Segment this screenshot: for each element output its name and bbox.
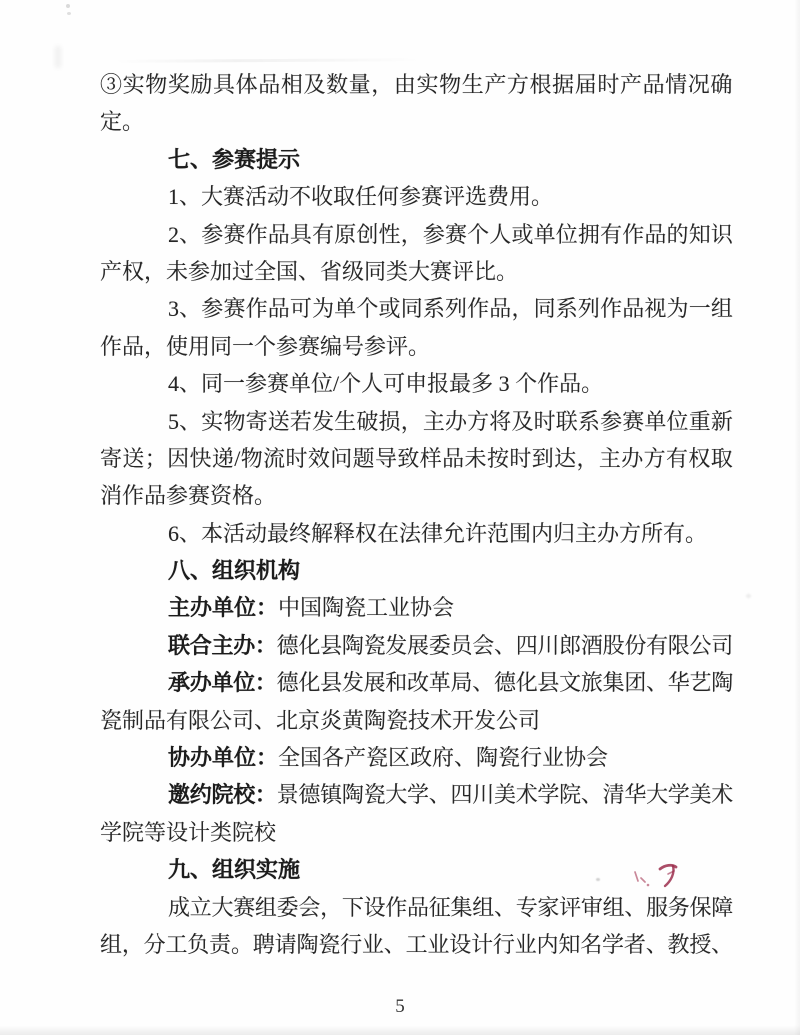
line-content: 6、本活动最终解释权在法律允许范围内归主办方所有。 [168, 515, 707, 552]
organizer-label: 主办单位： [168, 595, 278, 620]
line-content: 5、实物寄送若发生破损，主办方将及时联系参赛单位重新 [168, 403, 733, 440]
line-content: 产权，未参加过全国、省级同类大赛评比。 [100, 253, 518, 290]
text-line: 2、参赛作品具有原创性，参赛个人或单位拥有作品的知识 [100, 216, 733, 253]
line-content: 协办单位：全国各产瓷区政府、陶瓷行业协会 [168, 739, 608, 776]
line-content: 4、同一参赛单位/个人可申报最多 3 个作品。 [168, 365, 603, 402]
line-content: 七、参赛提示 [168, 141, 300, 178]
text-line: 5、实物寄送若发生破损，主办方将及时联系参赛单位重新 [100, 403, 733, 440]
scan-smudge [55, 46, 61, 68]
text-line: 瓷制品有限公司、北京炎黄陶瓷技术开发公司 [100, 702, 733, 739]
organizer-label: 协办单位： [168, 745, 278, 770]
line-content: 邀约院校：景德镇陶瓷大学、四川美术学院、清华大学美术 [168, 776, 733, 813]
line-content: 九、组织实施 [168, 851, 300, 888]
text-line: 学院等设计类院校 [100, 814, 733, 851]
text-line: 6、本活动最终解释权在法律允许范围内归主办方所有。 [100, 515, 733, 552]
text-line: 消作品参赛资格。 [100, 477, 733, 514]
text-line: 寄送；因快递/物流时效问题导致样品未按时到达，主办方有权取 [100, 440, 733, 477]
text-line: 协办单位：全国各产瓷区政府、陶瓷行业协会 [100, 739, 733, 776]
line-content: 定。 [100, 103, 144, 140]
organizer-label: 联合主办： [168, 633, 277, 658]
text-line: 成立大赛组委会，下设作品征集组、专家评审组、服务保障 [100, 889, 733, 926]
text-line: 4、同一参赛单位/个人可申报最多 3 个作品。 [100, 365, 733, 402]
scan-streak [112, 58, 422, 63]
organizer-label: 承办单位： [168, 670, 277, 695]
line-content: 联合主办：德化县陶瓷发展委员会、四川郎酒股份有限公司 [168, 627, 733, 664]
text-line: 3、参赛作品可为单个或同系列作品，同系列作品视为一组 [100, 290, 733, 327]
text-line: 产权，未参加过全国、省级同类大赛评比。 [100, 253, 733, 290]
scan-speck [746, 594, 751, 598]
scan-speck [66, 4, 70, 8]
text-line: 邀约院校：景德镇陶瓷大学、四川美术学院、清华大学美术 [100, 776, 733, 813]
text-line: 联合主办：德化县陶瓷发展委员会、四川郎酒股份有限公司 [100, 627, 733, 664]
line-content: 八、组织机构 [168, 552, 300, 589]
scanned-document-page: ③实物奖励具体品相及数量，由实物生产方根据届时产品情况确定。七、参赛提示1、大赛… [0, 0, 800, 1035]
text-line: 作品，使用同一个参赛编号参评。 [100, 328, 733, 365]
line-content: 1、大赛活动不收取任何参赛评选费用。 [168, 178, 553, 215]
text-line: ③实物奖励具体品相及数量，由实物生产方根据届时产品情况确 [100, 66, 733, 103]
page-number: 5 [0, 996, 800, 1018]
section-heading: 七、参赛提示 [100, 141, 733, 178]
scan-edge-shadow [0, 1025, 800, 1035]
line-content: 学院等设计类院校 [100, 814, 276, 851]
text-line: 组，分工负责。聘请陶瓷行业、工业设计行业内知名学者、教授、 [100, 926, 733, 963]
line-content: 承办单位：德化县发展和改革局、德化县文旅集团、华艺陶 [168, 664, 733, 701]
line-content: 主办单位：中国陶瓷工业协会 [168, 589, 454, 626]
line-content: 组，分工负责。聘请陶瓷行业、工业设计行业内知名学者、教授、 [100, 926, 733, 963]
line-content: 2、参赛作品具有原创性，参赛个人或单位拥有作品的知识 [168, 216, 733, 253]
organizer-label: 邀约院校： [168, 782, 277, 807]
scan-edge-shadow [794, 0, 800, 1035]
line-content: ③实物奖励具体品相及数量，由实物生产方根据届时产品情况确 [100, 66, 733, 103]
text-line: 承办单位：德化县发展和改革局、德化县文旅集团、华艺陶 [100, 664, 733, 701]
text-block: ③实物奖励具体品相及数量，由实物生产方根据届时产品情况确定。七、参赛提示1、大赛… [100, 66, 733, 963]
line-content: 消作品参赛资格。 [100, 477, 276, 514]
line-content: 成立大赛组委会，下设作品征集组、专家评审组、服务保障 [168, 889, 733, 926]
text-line: 1、大赛活动不收取任何参赛评选费用。 [100, 178, 733, 215]
scan-speck [67, 12, 71, 15]
line-content: 寄送；因快递/物流时效问题导致样品未按时到达，主办方有权取 [100, 440, 733, 477]
section-heading: 九、组织实施 [100, 851, 733, 888]
line-content: 3、参赛作品可为单个或同系列作品，同系列作品视为一组 [168, 290, 733, 327]
section-heading: 八、组织机构 [100, 552, 733, 589]
text-line: 主办单位：中国陶瓷工业协会 [100, 589, 733, 626]
line-content: 瓷制品有限公司、北京炎黄陶瓷技术开发公司 [100, 702, 540, 739]
text-line: 定。 [100, 103, 733, 140]
line-content: 作品，使用同一个参赛编号参评。 [100, 328, 430, 365]
